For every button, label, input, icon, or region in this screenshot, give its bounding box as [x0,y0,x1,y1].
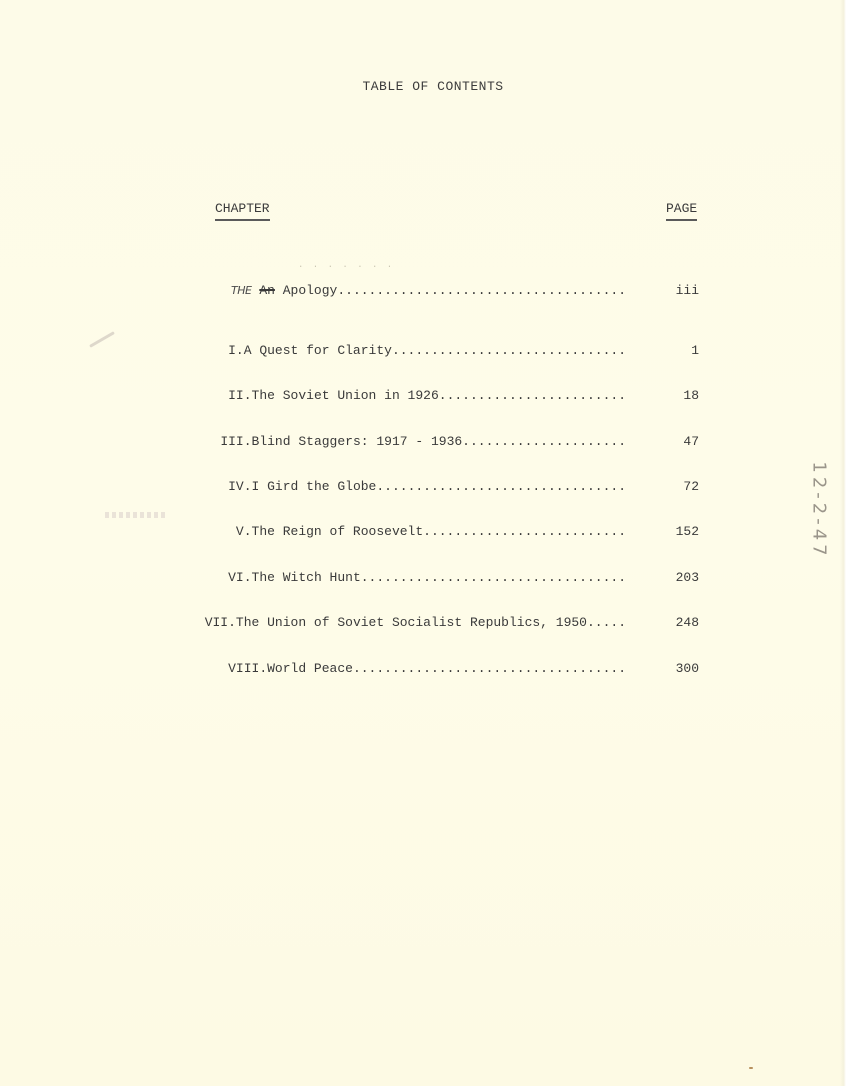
toc-page-number: 18 [683,388,699,403]
chapter-numeral: VII. [205,615,236,630]
toc-entry: I.A Quest for Clarity...................… [228,343,626,358]
dot-leader: .......................... [423,524,626,539]
paper-speck [749,1067,753,1069]
toc-page-number: 300 [676,661,699,676]
toc-page-number: 203 [676,570,699,585]
dot-leader: .............................. [392,343,626,358]
dot-leader: ................................ [376,479,626,494]
chapter-title: The Soviet Union in 1926 [252,388,439,403]
page-title: TABLE OF CONTENTS [0,79,846,94]
toc-page-number: 72 [683,479,699,494]
toc-entry-title: Apology [275,283,337,298]
chapter-column-header: CHAPTER [215,202,270,221]
document-page: TABLE OF CONTENTS CHAPTER PAGE . . . . .… [0,0,846,1086]
dot-leader: ................................... [353,661,626,676]
dot-leader: ..... [587,615,626,630]
toc-entry: III.Blind Staggers: 1917 - 1936.........… [220,434,626,449]
chapter-title: I Gird the Globe [252,479,377,494]
toc-entry: II.The Soviet Union in 1926.............… [228,388,626,403]
chapter-numeral: I. [228,343,244,358]
smudge-mark [105,512,165,518]
chapter-numeral: V. [236,524,252,539]
dot-leader: ........................ [439,388,626,403]
dot-leader: ..................................... [337,283,626,298]
handwritten-insert: THE [231,284,251,297]
toc-page-number: 47 [683,434,699,449]
toc-entry: IV.I Gird the Globe.....................… [228,479,626,494]
chapter-numeral: III. [220,434,251,449]
chapter-numeral: VI. [228,570,251,585]
toc-entry: VII.The Union of Soviet Socialist Republ… [205,615,626,630]
faint-mark: . . . . . . . [298,260,394,270]
toc-page-number: 1 [691,343,699,358]
chapter-title: World Peace [267,661,353,676]
struck-word: An [259,283,275,298]
chapter-title: The Witch Hunt [252,570,361,585]
chapter-title: A Quest for Clarity [244,343,392,358]
pencil-date-note: 12-2-47 [809,461,830,559]
toc-entry: VI.The Witch Hunt.......................… [228,570,626,585]
toc-entry: V.The Reign of Roosevelt................… [236,524,626,539]
toc-entry: THE An Apology..........................… [231,283,626,298]
smudge-mark [89,331,115,348]
toc-page-number: iii [676,283,699,298]
chapter-title: The Reign of Roosevelt [252,524,424,539]
chapter-numeral: VIII. [228,661,267,676]
dot-leader: .................................. [361,570,626,585]
chapter-numeral: IV. [228,479,251,494]
chapter-title: The Union of Soviet Socialist Republics,… [236,615,587,630]
toc-page-number: 248 [676,615,699,630]
toc-entry: VIII.World Peace........................… [228,661,626,676]
chapter-title: Blind Staggers: 1917 - 1936 [252,434,463,449]
page-edge [840,0,846,1086]
chapter-numeral: II. [228,388,251,403]
toc-page-number: 152 [676,524,699,539]
page-column-header: PAGE [666,202,697,221]
dot-leader: ..................... [462,434,626,449]
